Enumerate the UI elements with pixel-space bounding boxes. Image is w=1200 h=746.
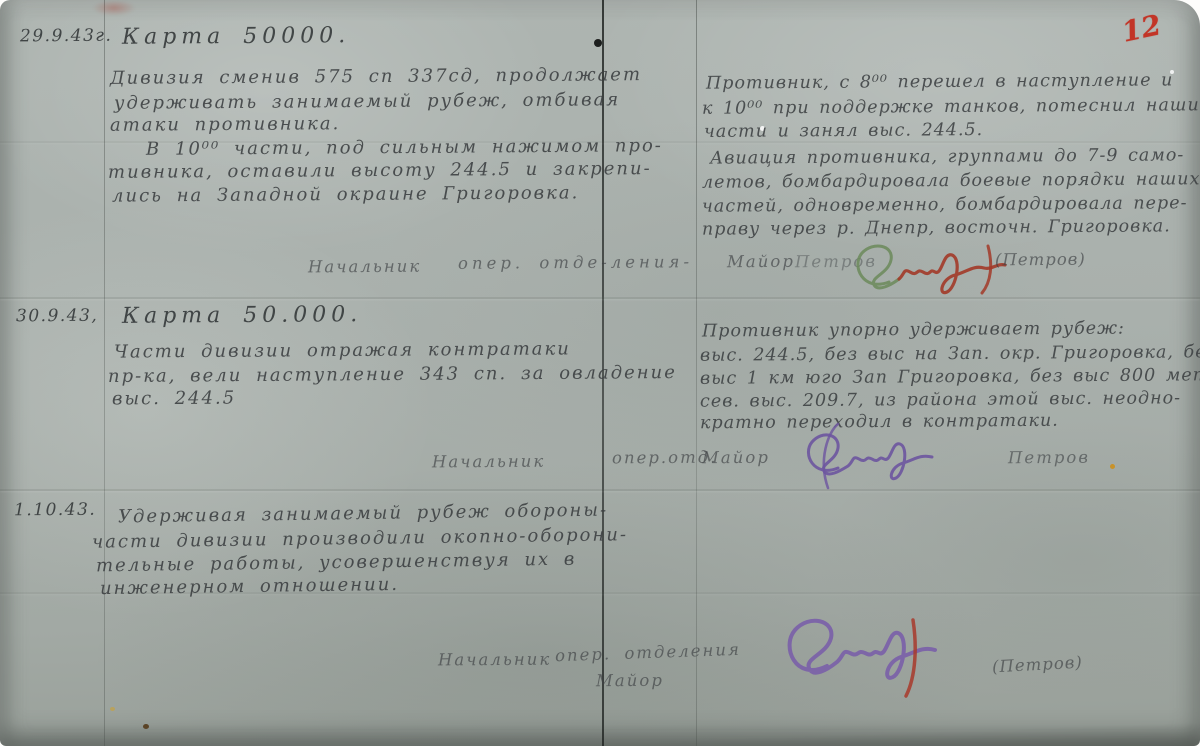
entry-line: Противник, с 8⁰⁰ перешел в наступление и: [706, 70, 1173, 93]
entry-line: части и занял выс. 244.5.: [704, 120, 983, 142]
entry-line: Дивизия сменив 575 сп 337сд, продолжает: [110, 64, 642, 89]
entry-line: летов, бомбардировала боевые порядки наш…: [702, 169, 1200, 192]
entry-heading: Карта 50.000.: [122, 302, 362, 329]
entry-line: выс. 244.5: [112, 388, 236, 410]
paper-crease: [0, 489, 1200, 491]
entry-line: пр-ка, вели наступление 343 сп. за овлад…: [108, 362, 677, 387]
entry-line: тельные работы, усовершенствуя их в: [96, 549, 577, 577]
entry-line: частей, одновременно, бомбардировала пер…: [702, 193, 1188, 216]
entry-line: Противник упорно удерживает рубеж:: [702, 319, 1125, 342]
entry-heading: Карта 50000.: [122, 23, 350, 50]
signature-role: Начальник: [308, 257, 421, 277]
entry-date: 29.9.43г.: [20, 26, 113, 47]
signature-dept: опер. отделения: [555, 640, 741, 665]
entry-line: Авиация противника, группами до 7-9 само…: [710, 145, 1184, 168]
signature-rank: Майор: [702, 448, 770, 467]
entry-line: лись на Западной окраине Григоровка.: [112, 182, 579, 206]
signature-dept: опер. отде-ления-: [458, 252, 693, 273]
entry-line: удерживать занимаемый рубеж, отбивая: [114, 89, 620, 114]
signature-rank: Майор: [596, 671, 664, 690]
entry-date: 30.9.43,: [16, 306, 98, 327]
entry-date: 1.10.43.: [14, 500, 96, 521]
margin-rule-right: [696, 0, 697, 746]
entry-line: тивника, оставили высоту 244.5 и закрепи…: [108, 158, 652, 183]
entry-line: выс. 244.5, без выс на Зап. окр. Григоро…: [700, 342, 1200, 366]
entry-line: атаки противника.: [110, 113, 340, 136]
scanned-journal-page: 12 29.9.43г. Карта 50000. Дивизия сменив…: [0, 0, 1200, 746]
yellow-speck: [110, 707, 115, 711]
entry-line: к 10⁰⁰ при поддержке танков, потеснил на…: [702, 95, 1200, 118]
entry-line: Удерживая занимаемый рубеж обороны-: [118, 500, 608, 528]
entry-line: инженерном отношении.: [100, 574, 399, 599]
signature-role: Начальник: [438, 650, 551, 670]
signature-name-pencil: Петров: [1008, 448, 1090, 468]
signature-name-paren: (Петров): [992, 653, 1084, 677]
entry-line: Части дивизии отражая контратаки: [114, 338, 571, 362]
yellow-speck: [1110, 464, 1115, 469]
entry-line: В 10⁰⁰ части, под сильным нажимом про-: [146, 135, 663, 160]
page-number: 12: [1119, 8, 1164, 48]
signature-scribble-purple: [796, 416, 956, 492]
page-number-value: 12: [1119, 8, 1164, 48]
paper-sheet: 12 29.9.43г. Карта 50000. Дивизия сменив…: [0, 0, 1200, 746]
red-smudge: [92, 0, 136, 16]
brown-speck: [143, 724, 149, 729]
entry-line: сев. выс. 209.7, из района этой выс. нео…: [700, 388, 1181, 411]
signature-name-paren: (Петров): [995, 250, 1086, 270]
ink-dot: [594, 39, 602, 47]
signature-role: Начальник: [432, 452, 545, 472]
signature-scribble-purple-red: [775, 604, 965, 708]
entry-line: выс 1 км юго Зап Григоровка, без выс 800…: [700, 365, 1200, 389]
signature-rank: Майор: [727, 252, 795, 271]
margin-rule-left: [104, 0, 105, 746]
